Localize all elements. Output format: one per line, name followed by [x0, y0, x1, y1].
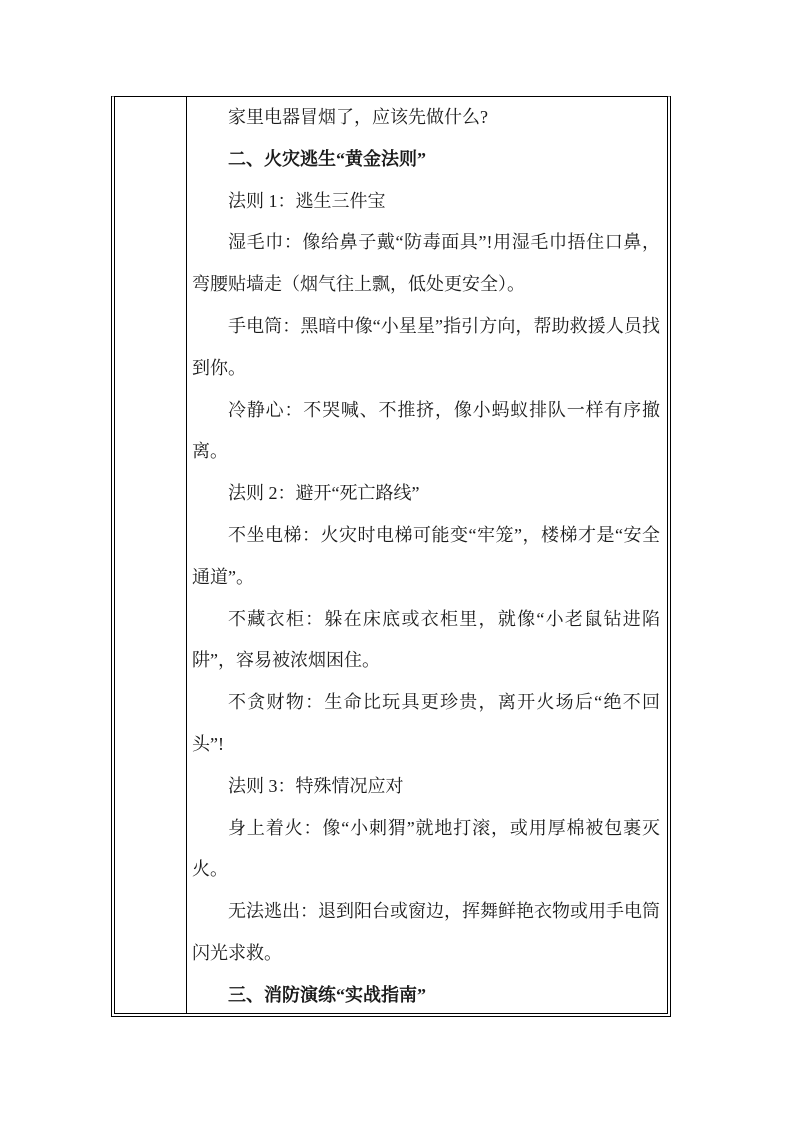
tip-no-elevator: 不坐电梯：火灾时电梯可能变“牢笼”，楼梯才是“安全通道”。 — [192, 515, 660, 599]
tip-no-hiding-wardrobe: 不藏衣柜：躲在床底或衣柜里，就像“小老鼠钻进陷阱”，容易被浓烟困住。 — [192, 599, 660, 683]
tip-body-on-fire: 身上着火：像“小刺猬”就地打滚，或用厚棉被包裹灭火。 — [192, 808, 660, 892]
lesson-plan-table: 家里电器冒烟了，应该先做什么? 二、火灾逃生“黄金法则” 法则 1：逃生三件宝 … — [111, 96, 671, 1017]
tip-no-valuables: 不贪财物：生命比玩具更珍贵，离开火场后“绝不回头”! — [192, 682, 660, 766]
rule-1-heading: 法则 1：逃生三件宝 — [192, 181, 660, 223]
document-page: 家里电器冒烟了，应该先做什么? 二、火灾逃生“黄金法则” 法则 1：逃生三件宝 … — [0, 0, 793, 1122]
section-heading-fire-drill-guide: 三、消防演练“实战指南” — [192, 975, 660, 1013]
table-cell-left-empty — [115, 97, 187, 1013]
tip-wet-towel: 湿毛巾：像给鼻子戴“防毒面具”!用湿毛巾捂住口鼻，弯腰贴墙走（烟气往上飘，低处更… — [192, 222, 660, 306]
tip-flashlight: 手电筒：黑暗中像“小星星”指引方向，帮助救援人员找到你。 — [192, 306, 660, 390]
tip-calm-heart: 冷静心：不哭喊、不推挤，像小蚂蚁排队一样有序撤离。 — [192, 390, 660, 474]
rule-3-heading: 法则 3：特殊情况应对 — [192, 766, 660, 808]
tip-cannot-escape: 无法逃出：退到阳台或窗边，挥舞鲜艳衣物或用手电筒闪光求救。 — [192, 891, 660, 975]
table-cell-content: 家里电器冒烟了，应该先做什么? 二、火灾逃生“黄金法则” 法则 1：逃生三件宝 … — [187, 97, 667, 1013]
section-heading-fire-escape-rules: 二、火灾逃生“黄金法则” — [192, 139, 660, 181]
rule-2-heading: 法则 2：避开“死亡路线” — [192, 473, 660, 515]
paragraph-electric-smoke-question: 家里电器冒烟了，应该先做什么? — [192, 97, 660, 139]
